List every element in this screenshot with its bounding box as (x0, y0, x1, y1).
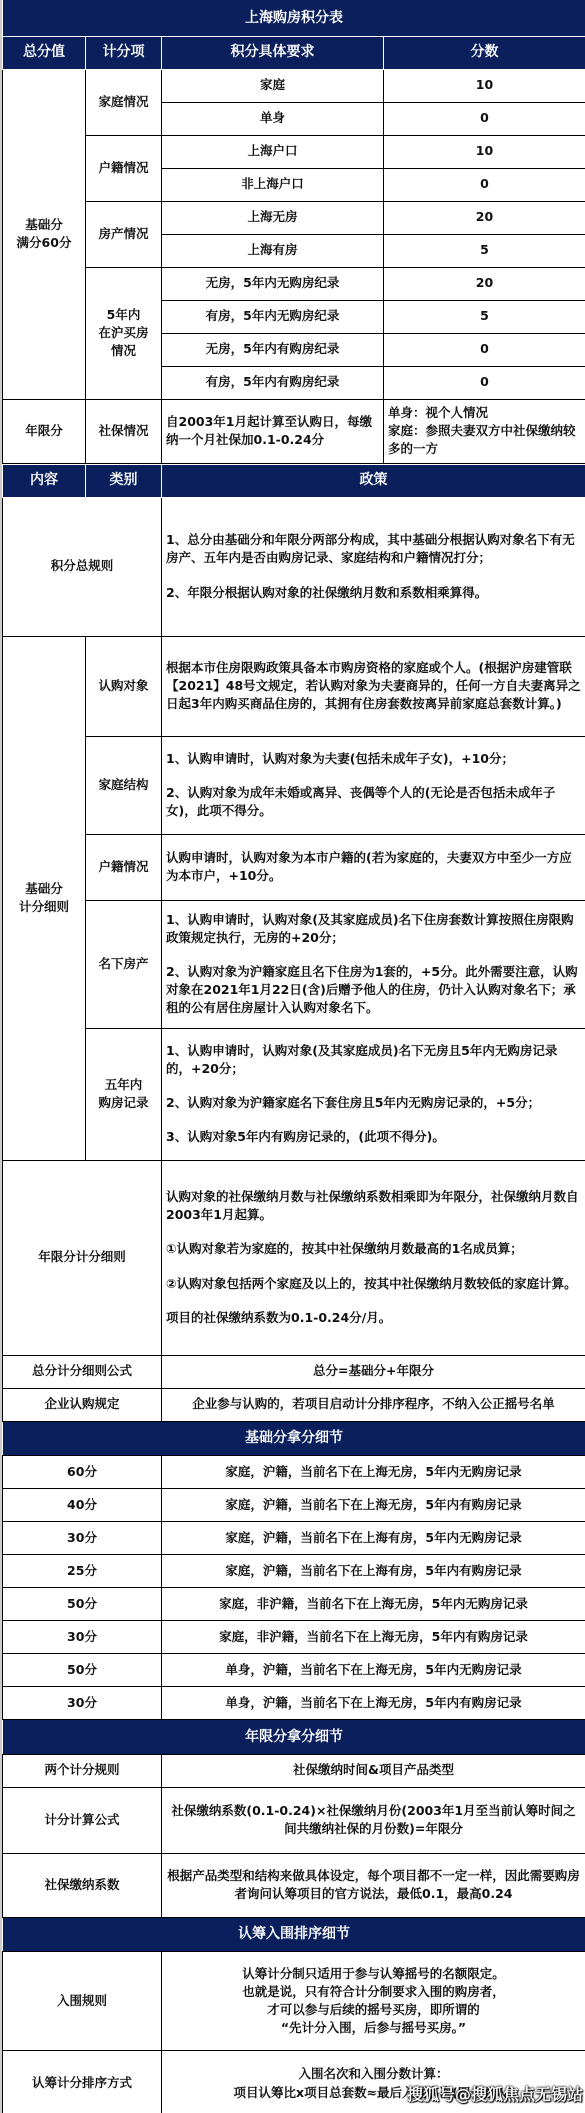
category-hukou: 户籍情况 (86, 834, 162, 900)
requirement-cell: 上海户口 (162, 135, 384, 168)
years-requirement: 自2003年1月起计算至认购日，每缴纳一个月社保加0.1-0.24分 (162, 399, 384, 463)
enterprise-value: 企业参与认购的，若项目启动计分排序程序，不纳入公正摇号名单 (162, 1388, 585, 1421)
breakdown-desc: 家庭，沪籍，当前名下在上海无房，5年内有购房记录 (162, 1489, 585, 1522)
item-hukou: 户籍情况 (86, 135, 162, 201)
requirement-cell: 无房，5年内有购房纪录 (162, 333, 384, 366)
breakdown-score: 50分 (3, 1588, 162, 1621)
header-content: 内容 (3, 464, 86, 497)
item-family: 家庭情况 (86, 69, 162, 135)
score-cell: 5 (384, 300, 585, 333)
breakdown-score: 30分 (3, 1522, 162, 1555)
formula-value: 总分=基础分+年限分 (162, 1355, 585, 1388)
base-breakdown-table: 基础分拿分细节 60分家庭，沪籍，当前名下在上海无房，5年内无购房记录 40分家… (2, 1422, 585, 1721)
ranking-method-label: 认筹计分排序方式 (3, 2051, 162, 2113)
years-detail-label: 年限分计分细则 (3, 1160, 162, 1355)
coefficient-value: 根据产品类型和结构来做具体设定，每个项目都不一定一样，因此需要购房者询问认筹项目… (162, 1853, 585, 1917)
category-property: 名下房产 (86, 900, 162, 1028)
header-item: 计分项 (86, 36, 162, 69)
policy-five-year-record: 1、认购申请时，认购对象(及其家庭成员)名下无房且5年内无购房记录的，+20分；… (162, 1028, 585, 1160)
requirement-cell: 单身 (162, 102, 384, 135)
breakdown-score: 60分 (3, 1456, 162, 1489)
breakdown-score: 30分 (3, 1687, 162, 1720)
policy-table-header: 内容 类别 政策 (3, 464, 585, 497)
category-five-year-record: 五年内购房记录 (86, 1028, 162, 1160)
years-score-label: 年限分 (3, 399, 86, 463)
header-total: 总分值 (3, 36, 86, 69)
policy-hukou: 认购申请时，认购对象为本市户籍的(若为家庭的，夫妻双方中至少一方应为本市户，+1… (162, 834, 585, 900)
formula-label: 总分计分细则公式 (3, 1355, 162, 1388)
years-formula-value: 社保缴纳系数(0.1-0.24)×社保缴纳月份(2003年1月至当前认筹时间之间… (162, 1787, 585, 1853)
years-rule-value: 社保缴纳时间&项目产品类型 (162, 1754, 585, 1787)
policy-family-structure: 1、认购申请时，认购对象为夫妻(包括未成年子女)，+10分； 2、认购对象为成年… (162, 736, 585, 834)
requirement-cell: 上海无房 (162, 201, 384, 234)
score-cell: 0 (384, 102, 585, 135)
score-cell: 10 (384, 69, 585, 102)
score-table: 上海购房积分表 总分值 计分项 积分具体要求 分数 基础分满分60分 家庭情况 … (2, 0, 585, 464)
breakdown-desc: 家庭，非沪籍，当前名下在上海无房，5年内有购房记录 (162, 1621, 585, 1654)
requirement-cell: 家庭 (162, 69, 384, 102)
policy-property: 1、认购申请时，认购对象(及其家庭成员)名下住房套数计算按照住房限购政策规定执行… (162, 900, 585, 1028)
shortlist-rule-text: 认筹计分制只适用于参与认筹摇号的名额限定。 也就是说，只有符合计分制要求入围的购… (162, 1952, 585, 2051)
item-social-security: 社保情况 (86, 399, 162, 463)
breakdown-desc: 单身，沪籍，当前名下在上海无房，5年内有购房记录 (162, 1687, 585, 1720)
breakdown-desc: 家庭，沪籍，当前名下在上海有房，5年内无购房记录 (162, 1522, 585, 1555)
item-five-year-purchase: 5年内在沪买房情况 (86, 267, 162, 399)
requirement-cell: 无房，5年内无购房纪录 (162, 267, 384, 300)
policy-table: 内容 类别 政策 积分总规则 1、总分由基础分和年限分两部分构成，其中基础分根据… (2, 464, 585, 1422)
enterprise-label: 企业认购规定 (3, 1388, 162, 1421)
breakdown-desc: 家庭，沪籍，当前名下在上海有房，5年内有购房记录 (162, 1555, 585, 1588)
requirement-cell: 有房，5年内有购房纪录 (162, 366, 384, 399)
requirement-cell: 非上海户口 (162, 168, 384, 201)
years-formula-label: 计分计算公式 (3, 1787, 162, 1853)
breakdown-desc: 家庭，非沪籍，当前名下在上海无房，5年内无购房记录 (162, 1588, 585, 1621)
policy-buyer: 根据本市住房限购政策具备本市购房资格的家庭或个人。(根据沪房建管联【2021】4… (162, 636, 585, 736)
watermark: 搜狐号@搜狐焦点无锡站 (407, 2082, 583, 2105)
breakdown-desc: 家庭，沪籍，当前名下在上海无房，5年内无购房记录 (162, 1456, 585, 1489)
general-rule-label: 积分总规则 (3, 497, 162, 636)
shortlist-rule-label: 入围规则 (3, 1952, 162, 2051)
score-cell: 10 (384, 135, 585, 168)
score-cell: 0 (384, 333, 585, 366)
score-table-header: 总分值 计分项 积分具体要求 分数 (3, 36, 585, 69)
breakdown-score: 30分 (3, 1621, 162, 1654)
breakdown-score: 40分 (3, 1489, 162, 1522)
general-rule-text: 1、总分由基础分和年限分两部分构成，其中基础分根据认购对象名下有无房产、五年内是… (162, 497, 585, 636)
breakdown-score: 25分 (3, 1555, 162, 1588)
breakdown-score: 50分 (3, 1654, 162, 1687)
header-score: 分数 (384, 36, 585, 69)
coefficient-label: 社保缴纳系数 (3, 1853, 162, 1917)
score-cell: 5 (384, 234, 585, 267)
score-cell: 20 (384, 201, 585, 234)
header-policy: 政策 (162, 464, 585, 497)
years-detail-text: 认购对象的社保缴纳月数与社保缴纳系数相乘即为年限分，社保缴纳月数自2003年1月… (162, 1160, 585, 1355)
ranking-title: 认筹入围排序细节 (3, 1918, 585, 1952)
category-family-structure: 家庭结构 (86, 736, 162, 834)
breakdown-desc: 单身，沪籍，当前名下在上海无房，5年内无购房记录 (162, 1654, 585, 1687)
page-title: 上海购房积分表 (3, 0, 585, 36)
header-category: 类别 (86, 464, 162, 497)
category-buyer: 认购对象 (86, 636, 162, 736)
requirement-cell: 有房，5年内无购房纪录 (162, 300, 384, 333)
points-document: 上海购房积分表 总分值 计分项 积分具体要求 分数 基础分满分60分 家庭情况 … (0, 0, 585, 2113)
requirement-cell: 上海有房 (162, 234, 384, 267)
base-score-label: 基础分满分60分 (3, 69, 86, 399)
years-rule-label: 两个计分规则 (3, 1754, 162, 1787)
base-detail-label: 基础分计分细则 (3, 636, 86, 1160)
years-score-note: 单身：视个人情况家庭：参照夫妻双方中社保缴纳较多的一方 (384, 399, 585, 463)
header-requirement: 积分具体要求 (162, 36, 384, 69)
score-cell: 20 (384, 267, 585, 300)
score-cell: 0 (384, 366, 585, 399)
years-breakdown-title: 年限分拿分细节 (3, 1720, 585, 1754)
item-property: 房产情况 (86, 201, 162, 267)
score-cell: 0 (384, 168, 585, 201)
years-breakdown-table: 年限分拿分细节 两个计分规则社保缴纳时间&项目产品类型 计分计算公式社保缴纳系数… (2, 1720, 585, 1918)
base-breakdown-title: 基础分拿分细节 (3, 1422, 585, 1456)
